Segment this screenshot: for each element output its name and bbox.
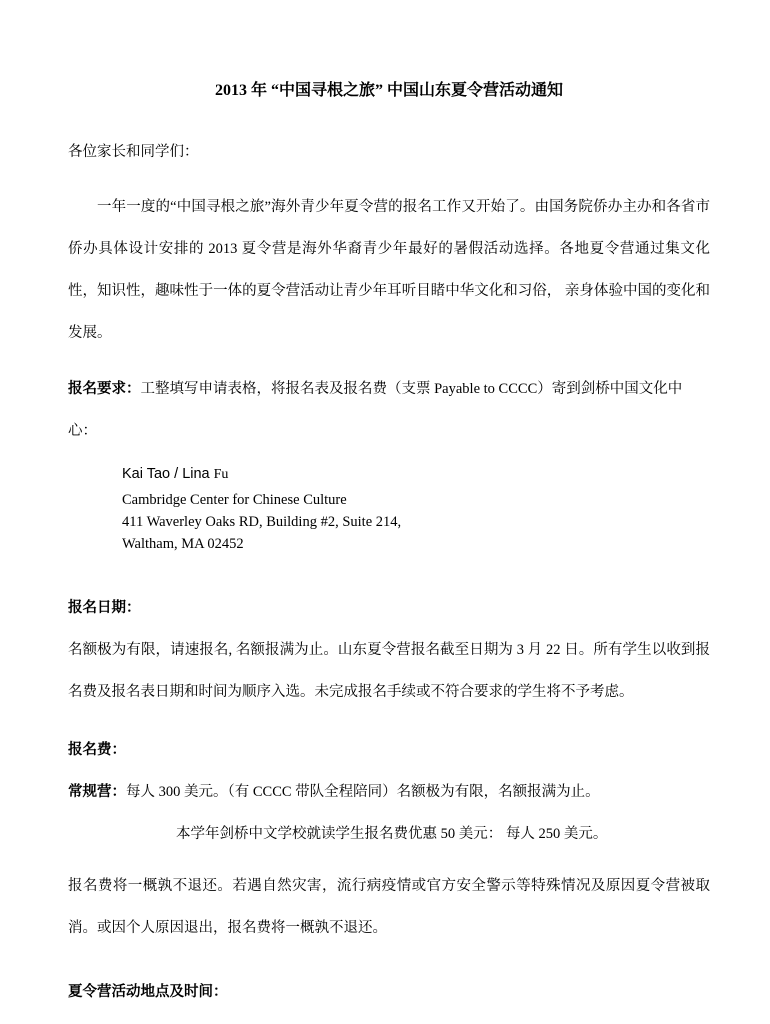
registration-date-heading: 报名日期： [68,587,710,629]
greeting-line: 各位家长和同学们： [68,142,710,162]
contact-names-serif: Fu [214,467,229,482]
registration-requirements-text: 工整填写申请表格，将报名表及报名费（支票 Payable to CCCC）寄到剑… [68,381,682,439]
address-organization: Cambridge Center for Chinese Culture [122,489,710,511]
mailing-address-block: Kai Tao / Lina Fu Cambridge Center for C… [122,460,710,555]
document-title: 2013 年 “中国寻根之旅” 中国山东夏令营活动通知 [68,80,710,102]
refund-policy-paragraph: 报名费将一概孰不退还。若遇自然灾害，流行病疫情或官方安全警示等特殊情况及原因夏令… [68,865,710,949]
document-page: 2013 年 “中国寻根之旅” 中国山东夏令营活动通知 各位家长和同学们： 一年… [0,0,770,1024]
camp-location-time-heading: 夏令营活动地点及时间： [68,971,710,1013]
contact-names: Kai Tao / Lina Fu [122,460,710,489]
regular-camp-fee-text: 每人 300 美元。（有 CCCC 带队全程陪同）名额极为有限，名额报满为止。 [126,784,600,800]
registration-fee-heading: 报名费： [68,729,710,771]
discount-fee-line: 本学年剑桥中文学校就读学生报名费优惠 50 美元： 每人 250 美元。 [176,813,710,855]
address-street: 411 Waverley Oaks RD, Building #2, Suite… [122,511,710,533]
regular-camp-label: 常规营： [68,784,126,800]
address-city: Waltham, MA 02452 [122,533,710,555]
registration-requirements-line: 报名要求：工整填写申请表格，将报名表及报名费（支票 Payable to CCC… [68,368,710,452]
contact-names-sans: Kai Tao / Lina [122,466,214,482]
registration-requirements-label: 报名要求： [68,381,141,397]
regular-camp-fee-line: 常规营：每人 300 美元。（有 CCCC 带队全程陪同）名额极为有限，名额报满… [68,771,710,813]
intro-paragraph: 一年一度的“中国寻根之旅”海外青少年夏令营的报名工作又开始了。由国务院侨办主办和… [68,186,710,354]
registration-date-paragraph: 名额极为有限，请速报名, 名额报满为止。山东夏令营报名截至日期为 3 月 22 … [68,629,710,713]
